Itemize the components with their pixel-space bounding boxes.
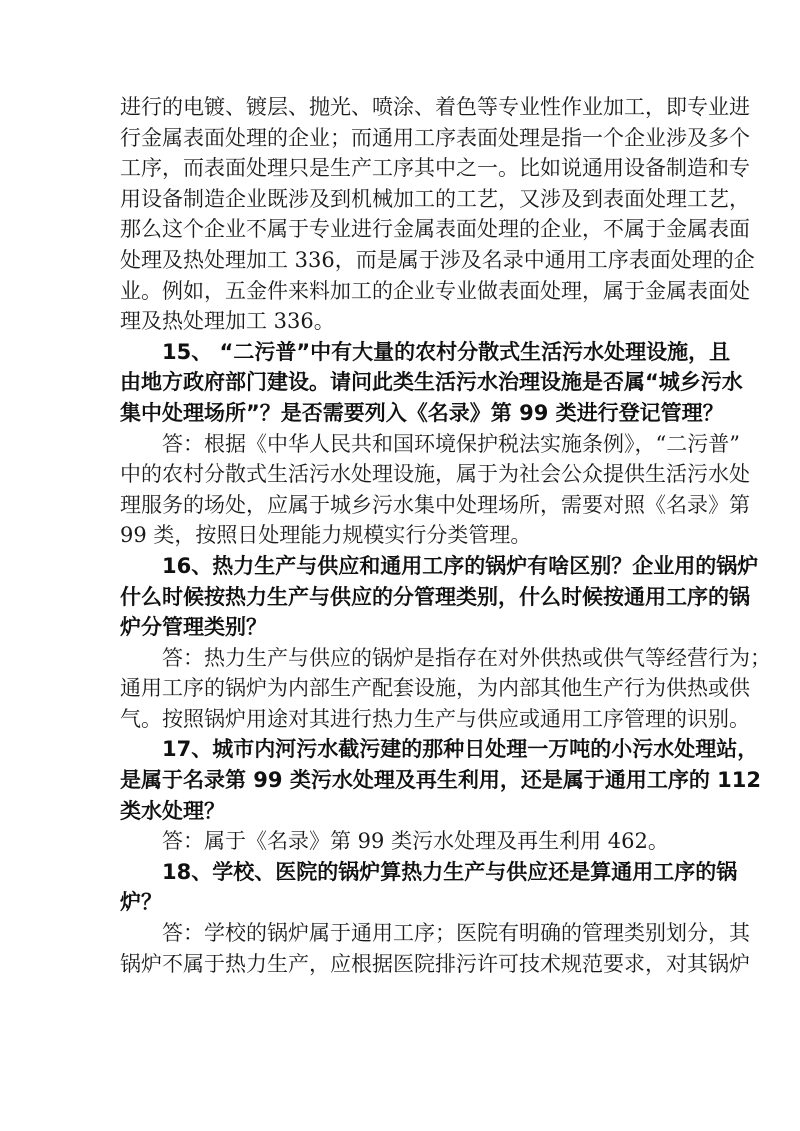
question-17: 17、城市内河污水截污建的那种日处理一万吨的小污水处理站， 是属于名录第 99 … xyxy=(120,734,680,826)
question-line: 15、 “二污普”中有大量的农村分散式生活污水处理设施，且 xyxy=(120,337,680,368)
answer-line: 答：根据《中华人民共和国环境保护税法实施条例》，“二污普” xyxy=(120,429,680,460)
answer-line: 99 类，按照日处理能力规模实行分类管理。 xyxy=(120,520,680,551)
text-line: 那么这个企业不属于专业进行金属表面处理的企业，不属于金属表面 xyxy=(120,214,680,245)
question-line: 类水处理？ xyxy=(120,796,680,827)
answer-18: 答：学校的锅炉属于通用工序；医院有明确的管理类别划分，其 锅炉不属于热力生产，应… xyxy=(120,918,680,979)
question-line: 是属于名录第 99 类污水处理及再生利用，还是属于通用工序的 112 xyxy=(120,765,680,796)
answer-line: 通用工序的锅炉为内部生产配套设施，为内部其他生产行为供热或供 xyxy=(120,673,680,704)
text-line: 理及热处理加工 336。 xyxy=(120,306,680,337)
question-line: 由地方政府部门建设。请问此类生活污水治理设施是否属“城乡污水 xyxy=(120,367,680,398)
answer-line: 答：热力生产与供应的锅炉是指存在对外供热或供气等经营行为； xyxy=(120,643,680,674)
answer-line: 中的农村分散式生活污水处理设施，属于为社会公众提供生活污水处 xyxy=(120,459,680,490)
answer-15: 答：根据《中华人民共和国环境保护税法实施条例》，“二污普” 中的农村分散式生活污… xyxy=(120,429,680,551)
answer-line: 答：属于《名录》第 99 类污水处理及再生利用 462。 xyxy=(120,826,680,857)
answer-16: 答：热力生产与供应的锅炉是指存在对外供热或供气等经营行为； 通用工序的锅炉为内部… xyxy=(120,643,680,735)
question-line: 什么时候按热力生产与供应的分管理类别，什么时候按通用工序的锅 xyxy=(120,582,680,613)
paragraph-continuation: 进行的电镀、镀层、抛光、喷涂、着色等专业性作业加工，即专业进 行金属表面处理的企… xyxy=(120,92,680,337)
answer-17: 答：属于《名录》第 99 类污水处理及再生利用 462。 xyxy=(120,826,680,857)
text-line: 进行的电镀、镀层、抛光、喷涂、着色等专业性作业加工，即专业进 xyxy=(120,92,680,123)
answer-line: 气。按照锅炉用途对其进行热力生产与供应或通用工序管理的识别。 xyxy=(120,704,680,735)
answer-line: 理服务的场处，应属于城乡污水集中处理场所，需要对照《名录》第 xyxy=(120,490,680,521)
text-line: 业。例如，五金件来料加工的企业专业做表面处理，属于金属表面处 xyxy=(120,276,680,307)
question-15: 15、 “二污普”中有大量的农村分散式生活污水处理设施，且 由地方政府部门建设。… xyxy=(120,337,680,429)
question-line: 18、学校、医院的锅炉算热力生产与供应还是算通用工序的锅 xyxy=(120,857,680,888)
question-line: 集中处理场所”？是否需要列入《名录》第 99 类进行登记管理？ xyxy=(120,398,680,429)
document-page: 进行的电镀、镀层、抛光、喷涂、着色等专业性作业加工，即专业进 行金属表面处理的企… xyxy=(120,92,680,979)
question-16: 16、热力生产与供应和通用工序的锅炉有啥区别？企业用的锅炉 什么时候按热力生产与… xyxy=(120,551,680,643)
answer-line: 锅炉不属于热力生产，应根据医院排污许可技术规范要求，对其锅炉 xyxy=(120,949,680,980)
text-line: 处理及热处理加工 336，而是属于涉及名录中通用工序表面处理的企 xyxy=(120,245,680,276)
text-line: 用设备制造企业既涉及到机械加工的工艺，又涉及到表面处理工艺， xyxy=(120,184,680,215)
question-line: 炉？ xyxy=(120,887,680,918)
question-line: 炉分管理类别？ xyxy=(120,612,680,643)
text-line: 行金属表面处理的企业；而通用工序表面处理是指一个企业涉及多个 xyxy=(120,123,680,154)
question-line: 17、城市内河污水截污建的那种日处理一万吨的小污水处理站， xyxy=(120,734,680,765)
question-18: 18、学校、医院的锅炉算热力生产与供应还是算通用工序的锅 炉？ xyxy=(120,857,680,918)
answer-line: 答：学校的锅炉属于通用工序；医院有明确的管理类别划分，其 xyxy=(120,918,680,949)
question-line: 16、热力生产与供应和通用工序的锅炉有啥区别？企业用的锅炉 xyxy=(120,551,680,582)
text-line: 工序，而表面处理只是生产工序其中之一。比如说通用设备制造和专 xyxy=(120,153,680,184)
